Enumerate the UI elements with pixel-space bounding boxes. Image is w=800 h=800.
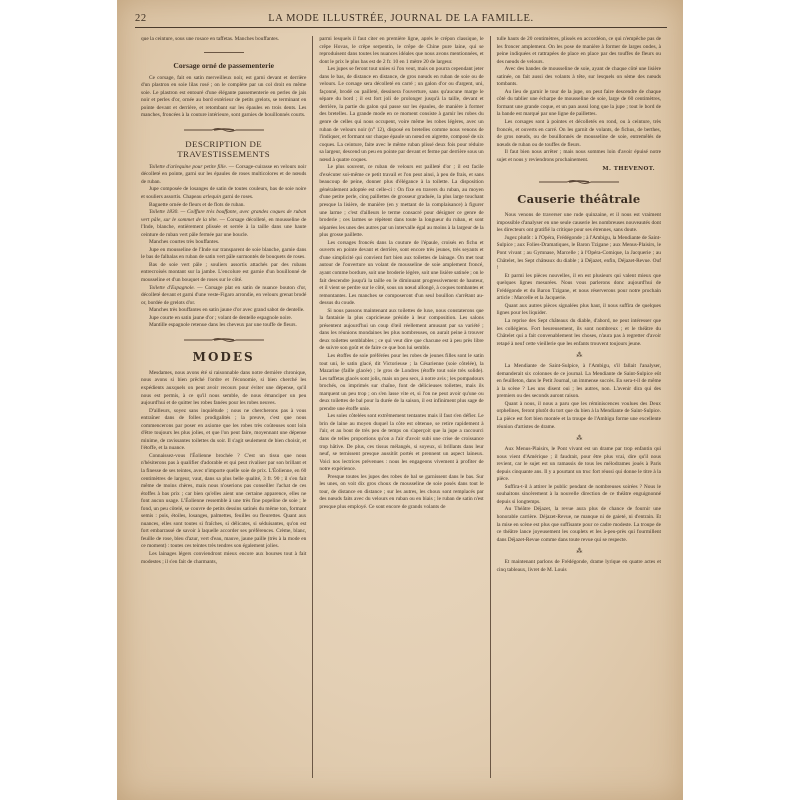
paragraph: Quant aux autres pièces signalées plus h… [497,303,661,318]
journal-title: LA MODE ILLUSTRÉE, JOURNAL DE LA FAMILLE… [135,13,667,24]
section-heading-causerie: Causerie théâtrale [497,192,661,206]
paragraph: Le plus souvent, ce ruban de velours est… [319,164,483,239]
paragraph: Mesdames, nous avons été si raisonnable … [141,370,306,408]
paragraph: D'ailleurs, soyez sans inquiétude ; nous… [141,408,306,453]
modes-article-continued: parmi lesquels il faut citer en première… [319,36,483,511]
paragraph: Quant à nous, il nous a paru que les rém… [497,401,661,431]
paragraph: Connaissez-vous l'Éolienne brochée ? C'e… [141,453,306,551]
paragraph: Il faut bien nous arrêter ; mais nous so… [497,149,661,164]
modes-article-end: tulle hauts de 20 centimètres, plissés e… [497,36,661,164]
column-1: que la ceinture, sous une rosace en taff… [135,36,312,778]
section-heading-travestissements: DESCRIPTION DE TRAVESTISSEMENTS [141,139,306,159]
running-head: 22 LA MODE ILLUSTRÉE, JOURNAL DE LA FAMI… [135,13,667,28]
ornament-divider-icon [537,179,621,185]
paragraph: Au lieu de garnir le tour de la jupe, on… [497,89,661,119]
paragraph: parmi lesquels il faut citer en première… [319,36,483,66]
paragraph: La Mendiante de Saint-Sulpice, à l'Ambig… [497,363,661,401]
asterism-icon: ⁂ [497,548,661,556]
paragraph: Manches très bouffantes en satin jaune d… [141,307,306,315]
paragraph: Les lainages légers conviendront mieux e… [141,551,306,566]
paragraph: Les soies côtelées sont extrêmement tent… [319,413,483,473]
section-heading-corsage: Corsage orné de passementerie [141,61,306,70]
modes-article: Mesdames, nous avons été si raisonnable … [141,370,306,566]
paragraph: Nous venons de traverser une rude quinza… [497,212,661,235]
paragraph: Toilette d'arlequine pour petite fille. … [141,164,306,187]
paragraph: Presque toutes les jupes des robes de ba… [319,474,483,512]
column-3: tulle hauts de 20 centimètres, plissés e… [490,36,667,778]
paragraph: Jupe en mousseline de l'Inde sur transpa… [141,247,306,262]
paragraph: Baguette ornée de fleurs et de flots de … [141,202,306,210]
paragraph: Les corsages froncés dans la couture de … [319,240,483,308]
author-signature: M. THEVENOT. [497,166,655,172]
paragraph: Jugez plutôt : à l'Opéra, Frédégonde ; à… [497,235,661,273]
paragraph: Jupe composée de losanges de satin de to… [141,186,306,201]
paragraph: Suffira-t-il à attirer le public pendant… [497,484,661,507]
newspaper-page: 22 LA MODE ILLUSTRÉE, JOURNAL DE LA FAMI… [117,0,683,800]
paragraph: Aux Menus-Plaisirs, le Pont vivant est u… [497,446,661,484]
asterism-icon: ⁂ [497,352,661,360]
paragraph: Et parmi les pièces nouvelles, il en est… [497,273,661,303]
paragraph: Toilette 1830. — Coiffure très bouffante… [141,209,306,239]
paragraph: Bas de soie vert pâle ; souliers assorti… [141,262,306,285]
paragraph: La reprise des Sept châteaux du diable, … [497,318,661,348]
italic-lead: Toilette 1830. — Coiffure très bouffante… [141,209,306,223]
ornament-divider-icon [182,127,266,133]
paragraph: Et maintenant parlons de Frédégonde, dra… [497,559,661,574]
paragraph: Les étoffes de soie préférées pour les r… [319,353,483,413]
paragraph: Ce corsage, fait en satin merveilleux no… [141,75,306,120]
paragraph: Au Théâtre Déjazet, la revue aura plus d… [497,506,661,544]
column-2: parmi lesquels il faut citer en première… [312,36,489,778]
paragraph: que la ceinture, sous une rosace en taff… [141,36,306,44]
travestissements-list: Toilette d'arlequine pour petite fille. … [141,164,306,330]
paragraph: Les jupes se feront tout unies si l'on v… [319,66,483,164]
paragraph: Mantille espagnole retenue dans les chev… [141,322,306,330]
paragraph: Manches courtes très bouffantes. [141,239,306,247]
italic-lead: Toilette d'Espagnole. [149,285,195,291]
italic-lead: Toilette d'arlequine pour petite fille. [149,164,227,170]
divider [204,52,244,53]
paragraph: Les corsages sont à pointes et décolleté… [497,119,661,149]
italic-term: arlequin [203,194,221,200]
columns: que la ceinture, sous une rosace en taff… [135,36,667,778]
paragraph: tulle hauts de 20 centimètres, plissés e… [497,36,661,66]
section-heading-modes: MODES [141,350,306,364]
asterism-icon: ⁂ [497,435,661,443]
paragraph: Avec des bandes de mousseline de soie, a… [497,66,661,89]
paragraph: Toilette d'Espagnole. — Corsage plat en … [141,285,306,308]
ornament-divider-icon [182,337,266,343]
paragraph: Si nous passons maintenant aux toilettes… [319,308,483,353]
